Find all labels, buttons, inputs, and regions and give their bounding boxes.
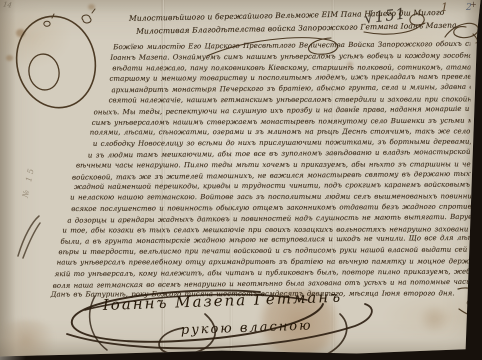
- manuscript-line: и неласкою нашою гетманскою. Войтове зас…: [14, 191, 471, 203]
- signature: Іоаннъ Мазепа Гетманъ рукою власною: [55, 284, 423, 360]
- corner-cross-mark: +: [470, 0, 477, 9]
- manuscript-line: вѣдати належало, пану полковниковѣ Кіевс…: [13, 62, 470, 74]
- manuscript-line: полями, лѣсами, сѣножатми, озерами и зъ …: [14, 127, 471, 139]
- signature-name: Іоаннъ Мазепа Гетманъ: [102, 288, 343, 314]
- manuscript-body: Божїею милостїю Его Царского Пресвѣтлого…: [13, 40, 472, 302]
- manuscript-page: 14 √151 1 2 + № 15 Милостивѣйшого и бере…: [0, 0, 482, 360]
- photo-background: 14 √151 1 2 + № 15 Милостивѣйшого и бере…: [0, 0, 482, 360]
- signature-subscript: рукою власною: [181, 318, 313, 338]
- manuscript-line: нашъ унѣверсалъ превелебному отцу архима…: [15, 256, 472, 268]
- corner-mark: 14: [2, 0, 12, 9]
- corner-stain: [0, 320, 62, 360]
- end-paraph-icon: [452, 283, 482, 319]
